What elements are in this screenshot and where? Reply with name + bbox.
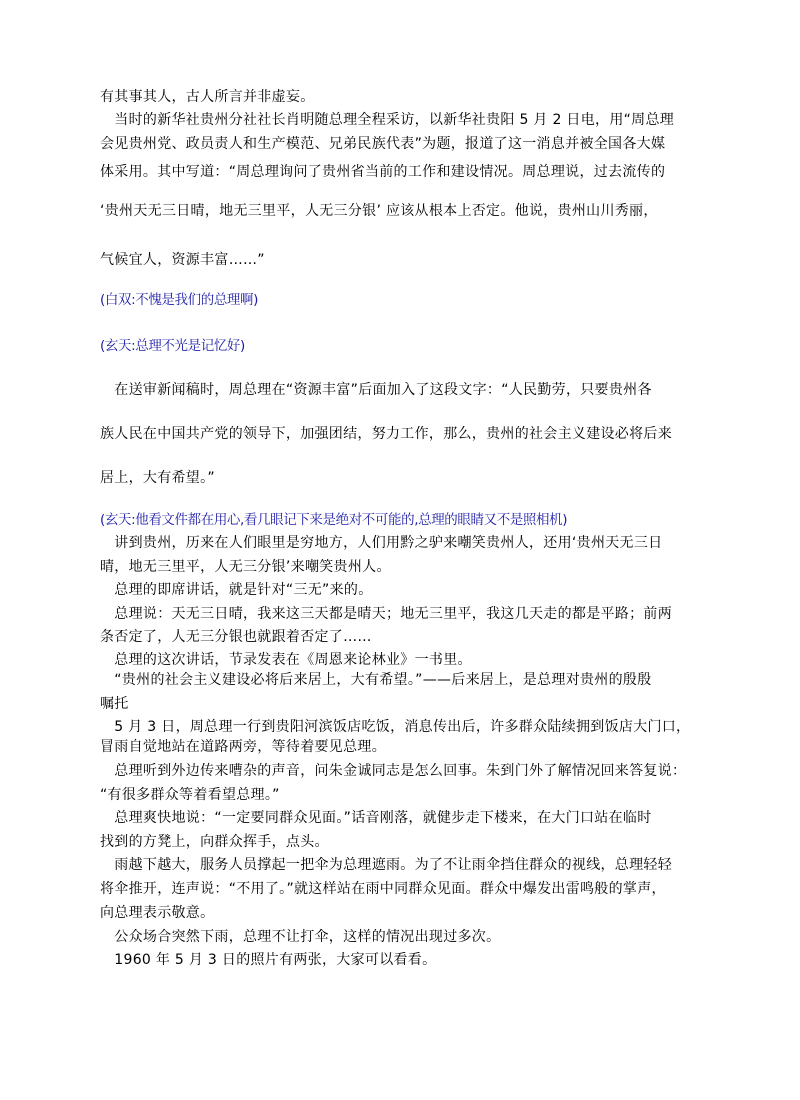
body-line: 会见贵州党、政员责人和生产模范、兄弟民族代表”为题，报道了这一消息并被全国各大媒 [100,135,665,153]
body-line: 嘱托 [100,695,129,713]
body-line: 总理爽快地说：“一定要同群众见面。”话音刚落，就健步走下楼来，在大门口站在临时 [100,809,652,827]
body-line: 讲到贵州，历来在人们眼里是穷地方，人们用黔之驴来嘲笑贵州人，还用‘贵州天无三日 [100,534,662,552]
body-line: 1960 年 5 月 3 日的照片有两张，大家可以看看。 [100,951,436,969]
body-line: 居上，大有希望。” [100,469,215,487]
body-line: 冒雨自觉地站在道路两旁，等待着要见总理。 [100,738,386,756]
body-line: 找到的方凳上，向群众挥手，点头。 [100,833,329,851]
body-line: 总理说：天无三日晴，我来这三天都是晴天；地无三里平，我这几天走的都是平路；前两 [100,605,672,623]
body-line: “有很多群众等着看望总理。” [100,786,280,804]
body-line: 晴，地无三里平，人无三分银’来嘲笑贵州人。 [100,558,391,576]
body-line: 有其事其人，古人所言并非虚妄。 [100,88,315,106]
body-line: 条否定了，人无三分银也就跟着否定了…… [100,628,372,646]
body-line: 总理的即席讲话，就是针对“三无”来的。 [100,581,373,599]
body-line: 体采用。其中写道：“周总理询问了贵州省当前的工作和建设情况。周总理说，过去流传的 [100,163,665,181]
body-line: 5 月 3 日，周总理一行到贵阳河滨饭店吃饭，消息传出后，许多群众陆续拥到饭店大… [100,718,690,736]
body-line: 总理听到外边传来嘈杂的声音，问朱金诚同志是怎么回事。朱到门外了解情况回来答复说： [100,762,686,780]
body-line: 当时的新华社贵州分社社长肖明随总理全程采访，以新华社贵阳 5 月 2 日电，用“… [100,111,674,129]
comment-line: (玄天:总理不光是记忆好) [100,337,245,355]
body-line: 在送审新闻稿时，周总理在“资源丰富”后面加入了这段文字：“人民勤劳，只要贵州各 [100,381,652,399]
comment-line: (玄天:他看文件都在用心,看几眼记下来是绝对不可能的,总理的眼睛又不是照相机) [100,511,567,529]
body-line: 总理的这次讲话，节录发表在《周恩来论林业》一书里。 [100,651,472,669]
body-line: ‘贵州天无三日晴，地无三里平，人无三分银’ 应该从根本上否定。他说，贵州山川秀丽… [100,202,658,220]
body-line: 向总理表示敬意。 [100,904,214,922]
body-line: 雨越下越大，服务人员撑起一把伞为总理遮雨。为了不让雨伞挡住群众的视线，总理轻轻 [100,856,672,874]
body-line: 气候宜人，资源丰富……” [100,251,265,269]
body-line: 族人民在中国共产党的领导下，加强团结，努力工作，那么，贵州的社会主义建设必将后来 [100,425,672,443]
body-line: “贵州的社会主义建设必将后来居上，大有希望。”——后来居上，是总理对贵州的殷殷 [100,671,652,689]
comment-line: (白双:不愧是我们的总理啊) [100,291,258,309]
body-line: 公众场合突然下雨，总理不让打伞，这样的情况出现过多次。 [100,928,500,946]
body-line: 将伞推开，连声说：“不用了。”就这样站在雨中同群众见面。群众中爆发出雷鸣般的掌声… [100,880,666,898]
